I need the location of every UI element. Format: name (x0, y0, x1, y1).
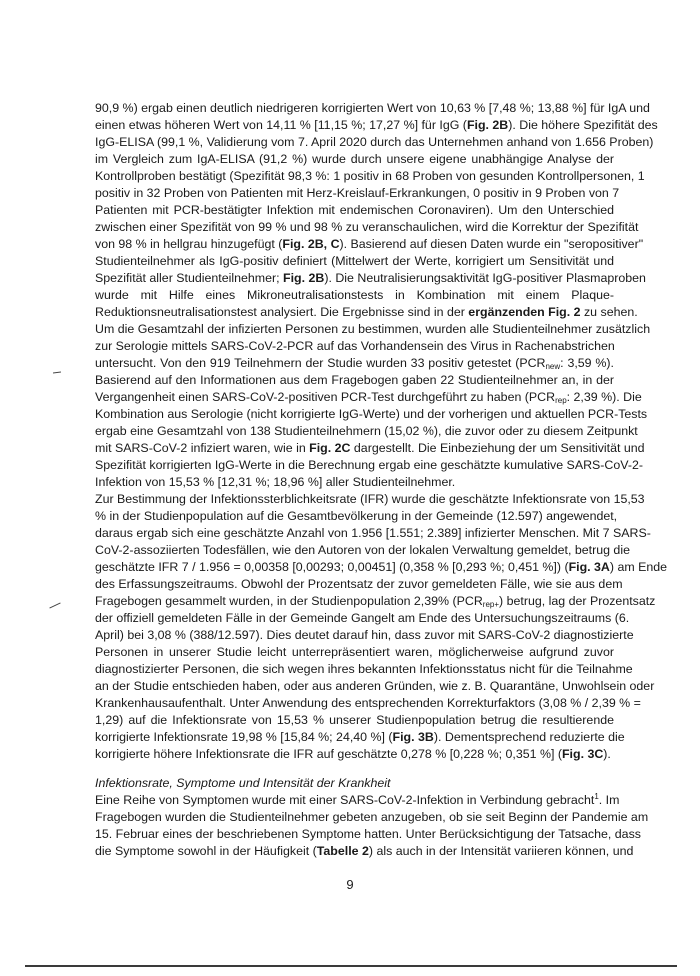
text-line: einen etwas höheren Wert von 14,11 % [11… (95, 117, 614, 134)
text-line: daraus ergab sich eine geschätzte Anzahl… (95, 525, 614, 542)
text-line: Kontrollproben bestätigt (Spezifität 98,… (95, 168, 614, 185)
text-line: 90,9 %) ergab einen deutlich niedrigeren… (95, 100, 614, 117)
text-line: mit SARS-CoV-2 infiziert waren, wie in F… (95, 440, 614, 457)
figure-reference: Fig. 2B (467, 118, 508, 132)
text-line: Fragebogen gesammelt wurden, in der Stud… (95, 593, 614, 610)
text-line: IgG-ELISA (99,1 %, Validierung vom 7. Ap… (95, 134, 614, 151)
figure-reference: Fig. 3B (393, 730, 434, 744)
text-line: Zur Bestimmung der Infektionssterblichke… (95, 491, 614, 508)
text-line: Fragebogen wurden die Studienteilnehmer … (95, 809, 614, 826)
text-line: des Erfassungszeitraums. Obwohl der Proz… (95, 576, 614, 593)
margin-pen-mark (53, 371, 61, 373)
text-line: untersucht. Von den 919 Teilnehmern der … (95, 355, 614, 372)
text-line: positiv in 32 Proben von Patienten mit H… (95, 185, 614, 202)
text-line: % in der Studienpopulation auf die Gesam… (95, 508, 614, 525)
text-line: Basierend auf den Informationen aus dem … (95, 372, 614, 389)
section-gap (95, 763, 614, 775)
subscript: rep+ (483, 600, 499, 609)
text-line: Spezifität aller Studienteilnehmer; Fig.… (95, 270, 614, 287)
text-line: geschätzte IFR 7 / 1.956 = 0,00358 [0,00… (95, 559, 614, 576)
text-line: wurde mit Hilfe eines Mikroneutralisatio… (95, 287, 614, 304)
paragraph-seroprevalence: 90,9 %) ergab einen deutlich niedrigeren… (95, 100, 614, 321)
text-line: korrigierte höhere Infektionsrate die IF… (95, 746, 614, 763)
text-line: Studienteilnehmer als IgG-positiv defini… (95, 253, 614, 270)
text-line: Patienten mit PCR-bestätigter Infektion … (95, 202, 614, 219)
text-line: Reduktionsneutralisationstest analysiert… (95, 304, 614, 321)
paragraph-pcr: Um die Gesamtzahl der infizierten Person… (95, 321, 614, 491)
text-line: Krankenhausaufenthalt. Unter Anwendung d… (95, 695, 614, 712)
text-line: von 98 % in hellgrau hinzugefügt (Fig. 2… (95, 236, 614, 253)
page-body: 90,9 %) ergab einen deutlich niedrigeren… (95, 100, 614, 860)
text-line: Eine Reihe von Symptomen wurde mit einer… (95, 792, 614, 809)
margin-pen-mark (49, 603, 60, 609)
text-line: korrigierte Infektionsrate 19,98 % [15,8… (95, 729, 614, 746)
page-number: 9 (0, 877, 700, 892)
text-line: an der Studie entschieden haben, oder au… (95, 678, 614, 695)
text-line: Um die Gesamtzahl der infizierten Person… (95, 321, 614, 338)
footer-rule (25, 965, 677, 967)
figure-reference: Fig. 2C (309, 441, 350, 455)
text-line: diagnostizierter Personen, die sich wege… (95, 661, 614, 678)
text-line: Personen in unserer Studie leicht unterr… (95, 644, 614, 661)
figure-reference: Fig. 3C (562, 747, 603, 761)
text-line: ergab eine Gesamtzahl von 138 Studientei… (95, 423, 614, 440)
text-line: 1,29) auf die Infektionsrate von 15,53 %… (95, 712, 614, 729)
figure-reference: ergänzenden Fig. 2 (468, 305, 580, 319)
text-line: der offiziell gemeldeten Fälle in der Ge… (95, 610, 614, 627)
subscript: rep (555, 396, 567, 405)
figure-reference: Tabelle 2 (317, 844, 369, 858)
reference-superscript: 1 (594, 792, 598, 801)
figure-reference: Fig. 2B, C (282, 237, 339, 251)
text-line: Kombination aus Serologie (nicht korrigi… (95, 406, 614, 423)
text-line: im Vergleich zum IgA-ELISA (91,2 %) wurd… (95, 151, 614, 168)
figure-reference: Fig. 3A (569, 560, 610, 574)
text-line: die Symptome sowohl in der Häufigkeit (T… (95, 843, 614, 860)
text-line: April) bei 3,08 % (388/12.597). Dies deu… (95, 627, 614, 644)
text-line: CoV-2-assoziierten Todesfällen, wie den … (95, 542, 614, 559)
text-line: zur Serologie mittels SARS-CoV-2-PCR auf… (95, 338, 614, 355)
subscript: new (545, 362, 560, 371)
section-heading: Infektionsrate, Symptome und Intensität … (95, 775, 614, 792)
text-line: zwischen einer Spezifität von 99 % und 9… (95, 219, 614, 236)
paragraph-ifr: Zur Bestimmung der Infektionssterblichke… (95, 491, 614, 763)
figure-reference: Fig. 2B (283, 271, 324, 285)
text-line: Spezifität korrigierten IgG-Werte in die… (95, 457, 614, 474)
text-line: Vergangenheit einen SARS-CoV-2-positiven… (95, 389, 614, 406)
text-line: 15. Februar eines der beschriebenen Symp… (95, 826, 614, 843)
paragraph-symptoms: Eine Reihe von Symptomen wurde mit einer… (95, 792, 614, 860)
text-line: Infektion von 15,53 % [12,31 %; 18,96 %]… (95, 474, 614, 491)
